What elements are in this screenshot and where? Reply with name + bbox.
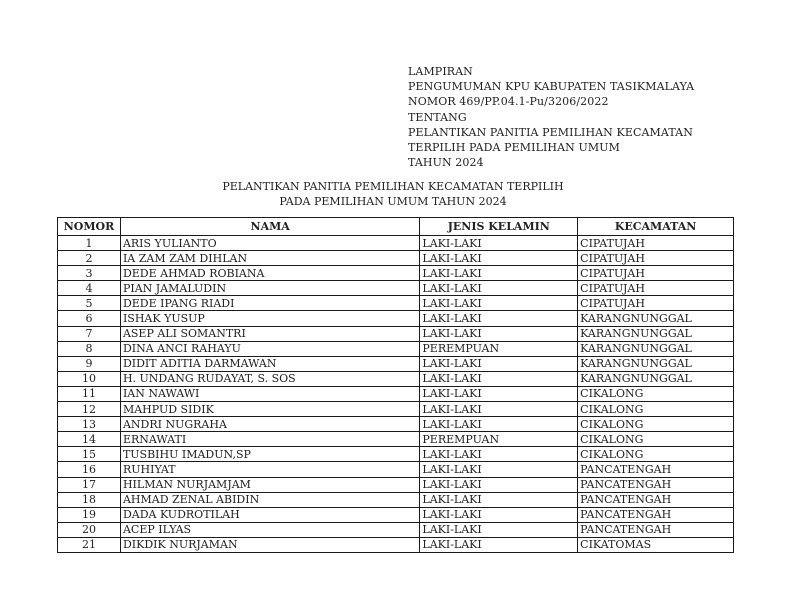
- cell-jenis-kelamin: PEREMPUAN: [420, 341, 578, 356]
- cell-nomor: 14: [58, 432, 121, 447]
- cell-nomor: 8: [58, 341, 121, 356]
- cell-kecamatan: CIPATUJAH: [578, 251, 734, 266]
- cell-jenis-kelamin: PEREMPUAN: [420, 432, 578, 447]
- cell-jenis-kelamin: LAKI-LAKI: [420, 356, 578, 371]
- cell-nomor: 10: [58, 371, 121, 386]
- table-row: 9DIDIT ADITIA DARMAWANLAKI-LAKIKARANGNUN…: [58, 356, 734, 371]
- attachment-line: PENGUMUMAN KPU KABUPATEN TASIKMALAYA: [408, 79, 694, 94]
- cell-nama: PIAN JAMALUDIN: [120, 281, 419, 296]
- table-row: 21DIKDIK NURJAMANLAKI-LAKICIKATOMAS: [58, 537, 734, 552]
- title-line-2: PADA PEMILIHAN UMUM TAHUN 2024: [0, 194, 789, 209]
- table-row: 8DINA ANCI RAHAYUPEREMPUANKARANGNUNGGAL: [58, 341, 734, 356]
- cell-kecamatan: CIKALONG: [578, 432, 734, 447]
- cell-jenis-kelamin: LAKI-LAKI: [420, 326, 578, 341]
- cell-jenis-kelamin: LAKI-LAKI: [420, 492, 578, 507]
- cell-jenis-kelamin: LAKI-LAKI: [420, 251, 578, 266]
- cell-nama: MAHPUD SIDIK: [120, 402, 419, 417]
- attachment-line: TAHUN 2024: [408, 155, 694, 170]
- cell-nomor: 1: [58, 236, 121, 251]
- cell-nama: IAN NAWAWI: [120, 386, 419, 401]
- table-row: 14ERNAWATIPEREMPUANCIKALONG: [58, 432, 734, 447]
- cell-nomor: 2: [58, 251, 121, 266]
- table-row: 13ANDRI NUGRAHALAKI-LAKICIKALONG: [58, 417, 734, 432]
- cell-kecamatan: CIPATUJAH: [578, 281, 734, 296]
- table-row: 3DEDE AHMAD ROBIANALAKI-LAKICIPATUJAH: [58, 266, 734, 281]
- cell-jenis-kelamin: LAKI-LAKI: [420, 296, 578, 311]
- cell-kecamatan: PANCATENGAH: [578, 492, 734, 507]
- table-row: 12MAHPUD SIDIKLAKI-LAKICIKALONG: [58, 402, 734, 417]
- table-row: 6ISHAK YUSUPLAKI-LAKIKARANGNUNGGAL: [58, 311, 734, 326]
- cell-nomor: 11: [58, 386, 121, 401]
- cell-nama: IA ZAM ZAM DIHLAN: [120, 251, 419, 266]
- table-row: 4PIAN JAMALUDINLAKI-LAKICIPATUJAH: [58, 281, 734, 296]
- cell-kecamatan: CIPATUJAH: [578, 266, 734, 281]
- cell-nomor: 4: [58, 281, 121, 296]
- cell-nama: ISHAK YUSUP: [120, 311, 419, 326]
- table-row: 16RUHIYATLAKI-LAKIPANCATENGAH: [58, 462, 734, 477]
- attachment-line: TERPILIH PADA PEMILIHAN UMUM: [408, 140, 694, 155]
- table-body: 1ARIS YULIANTOLAKI-LAKICIPATUJAH2IA ZAM …: [58, 236, 734, 553]
- cell-nomor: 16: [58, 462, 121, 477]
- cell-nama: DADA KUDROTILAH: [120, 507, 419, 522]
- cell-nama: ACEP ILYAS: [120, 522, 419, 537]
- cell-kecamatan: KARANGNUNGGAL: [578, 311, 734, 326]
- header-kecamatan: KECAMATAN: [578, 218, 734, 236]
- cell-kecamatan: CIPATUJAH: [578, 236, 734, 251]
- cell-nomor: 21: [58, 537, 121, 552]
- table-row: 2IA ZAM ZAM DIHLANLAKI-LAKICIPATUJAH: [58, 251, 734, 266]
- header-nama: NAMA: [120, 218, 419, 236]
- cell-nomor: 9: [58, 356, 121, 371]
- cell-nomor: 13: [58, 417, 121, 432]
- cell-jenis-kelamin: LAKI-LAKI: [420, 402, 578, 417]
- cell-kecamatan: CIKALONG: [578, 417, 734, 432]
- cell-nomor: 12: [58, 402, 121, 417]
- table-row: 20ACEP ILYASLAKI-LAKIPANCATENGAH: [58, 522, 734, 537]
- attachment-line: PELANTIKAN PANITIA PEMILIHAN KECAMATAN: [408, 125, 694, 140]
- attachment-line: NOMOR 469/PP.04.1-Pu/3206/2022: [408, 94, 694, 109]
- cell-kecamatan: PANCATENGAH: [578, 462, 734, 477]
- cell-nomor: 15: [58, 447, 121, 462]
- table-header-row: NOMOR NAMA JENIS KELAMIN KECAMATAN: [58, 218, 734, 236]
- cell-kecamatan: PANCATENGAH: [578, 507, 734, 522]
- cell-jenis-kelamin: LAKI-LAKI: [420, 447, 578, 462]
- cell-nama: ARIS YULIANTO: [120, 236, 419, 251]
- table-row: 19DADA KUDROTILAHLAKI-LAKIPANCATENGAH: [58, 507, 734, 522]
- table-row: 15TUSBIHU IMADUN,SPLAKI-LAKICIKALONG: [58, 447, 734, 462]
- cell-nama: ANDRI NUGRAHA: [120, 417, 419, 432]
- cell-kecamatan: CIKATOMAS: [578, 537, 734, 552]
- table-row: 5DEDE IPANG RIADILAKI-LAKICIPATUJAH: [58, 296, 734, 311]
- cell-nama: TUSBIHU IMADUN,SP: [120, 447, 419, 462]
- cell-nomor: 6: [58, 311, 121, 326]
- cell-jenis-kelamin: LAKI-LAKI: [420, 462, 578, 477]
- cell-kecamatan: KARANGNUNGGAL: [578, 371, 734, 386]
- cell-jenis-kelamin: LAKI-LAKI: [420, 236, 578, 251]
- cell-nama: H. UNDANG RUDAYAT, S. SOS: [120, 371, 419, 386]
- cell-nama: DIKDIK NURJAMAN: [120, 537, 419, 552]
- cell-kecamatan: CIKALONG: [578, 402, 734, 417]
- cell-nama: HILMAN NURJAMJAM: [120, 477, 419, 492]
- cell-kecamatan: KARANGNUNGGAL: [578, 341, 734, 356]
- header-jenis-kelamin: JENIS KELAMIN: [420, 218, 578, 236]
- cell-jenis-kelamin: LAKI-LAKI: [420, 371, 578, 386]
- cell-kecamatan: KARANGNUNGGAL: [578, 356, 734, 371]
- attachment-line: LAMPIRAN: [408, 64, 694, 79]
- table-row: 7ASEP ALI SOMANTRILAKI-LAKIKARANGNUNGGAL: [58, 326, 734, 341]
- cell-nomor: 17: [58, 477, 121, 492]
- cell-jenis-kelamin: LAKI-LAKI: [420, 477, 578, 492]
- cell-jenis-kelamin: LAKI-LAKI: [420, 281, 578, 296]
- cell-nomor: 19: [58, 507, 121, 522]
- cell-nama: DEDE AHMAD ROBIANA: [120, 266, 419, 281]
- cell-jenis-kelamin: LAKI-LAKI: [420, 417, 578, 432]
- cell-kecamatan: KARANGNUNGGAL: [578, 326, 734, 341]
- cell-nama: ERNAWATI: [120, 432, 419, 447]
- cell-jenis-kelamin: LAKI-LAKI: [420, 522, 578, 537]
- cell-nama: DINA ANCI RAHAYU: [120, 341, 419, 356]
- table-row: 10H. UNDANG RUDAYAT, S. SOSLAKI-LAKIKARA…: [58, 371, 734, 386]
- cell-kecamatan: PANCATENGAH: [578, 522, 734, 537]
- cell-nama: RUHIYAT: [120, 462, 419, 477]
- title-line-1: PELANTIKAN PANITIA PEMILIHAN KECAMATAN T…: [0, 179, 789, 194]
- cell-nomor: 18: [58, 492, 121, 507]
- cell-jenis-kelamin: LAKI-LAKI: [420, 507, 578, 522]
- cell-jenis-kelamin: LAKI-LAKI: [420, 311, 578, 326]
- table-row: 1ARIS YULIANTOLAKI-LAKICIPATUJAH: [58, 236, 734, 251]
- cell-nama: AHMAD ZENAL ABIDIN: [120, 492, 419, 507]
- header-nomor: NOMOR: [58, 218, 121, 236]
- table-row: 17HILMAN NURJAMJAMLAKI-LAKIPANCATENGAH: [58, 477, 734, 492]
- cell-kecamatan: CIKALONG: [578, 447, 734, 462]
- cell-nomor: 5: [58, 296, 121, 311]
- document-title: PELANTIKAN PANITIA PEMILIHAN KECAMATAN T…: [0, 179, 792, 209]
- table-row: 18AHMAD ZENAL ABIDINLAKI-LAKIPANCATENGAH: [58, 492, 734, 507]
- cell-nomor: 3: [58, 266, 121, 281]
- cell-nama: ASEP ALI SOMANTRI: [120, 326, 419, 341]
- cell-jenis-kelamin: LAKI-LAKI: [420, 386, 578, 401]
- candidate-table: NOMOR NAMA JENIS KELAMIN KECAMATAN 1ARIS…: [57, 217, 734, 553]
- attachment-line: TENTANG: [408, 110, 694, 125]
- cell-jenis-kelamin: LAKI-LAKI: [420, 266, 578, 281]
- cell-nama: DEDE IPANG RIADI: [120, 296, 419, 311]
- cell-nama: DIDIT ADITIA DARMAWAN: [120, 356, 419, 371]
- attachment-header: LAMPIRAN PENGUMUMAN KPU KABUPATEN TASIKM…: [408, 64, 694, 170]
- cell-kecamatan: CIPATUJAH: [578, 296, 734, 311]
- table-row: 11IAN NAWAWILAKI-LAKICIKALONG: [58, 386, 734, 401]
- cell-nomor: 7: [58, 326, 121, 341]
- cell-kecamatan: PANCATENGAH: [578, 477, 734, 492]
- cell-jenis-kelamin: LAKI-LAKI: [420, 537, 578, 552]
- cell-nomor: 20: [58, 522, 121, 537]
- cell-kecamatan: CIKALONG: [578, 386, 734, 401]
